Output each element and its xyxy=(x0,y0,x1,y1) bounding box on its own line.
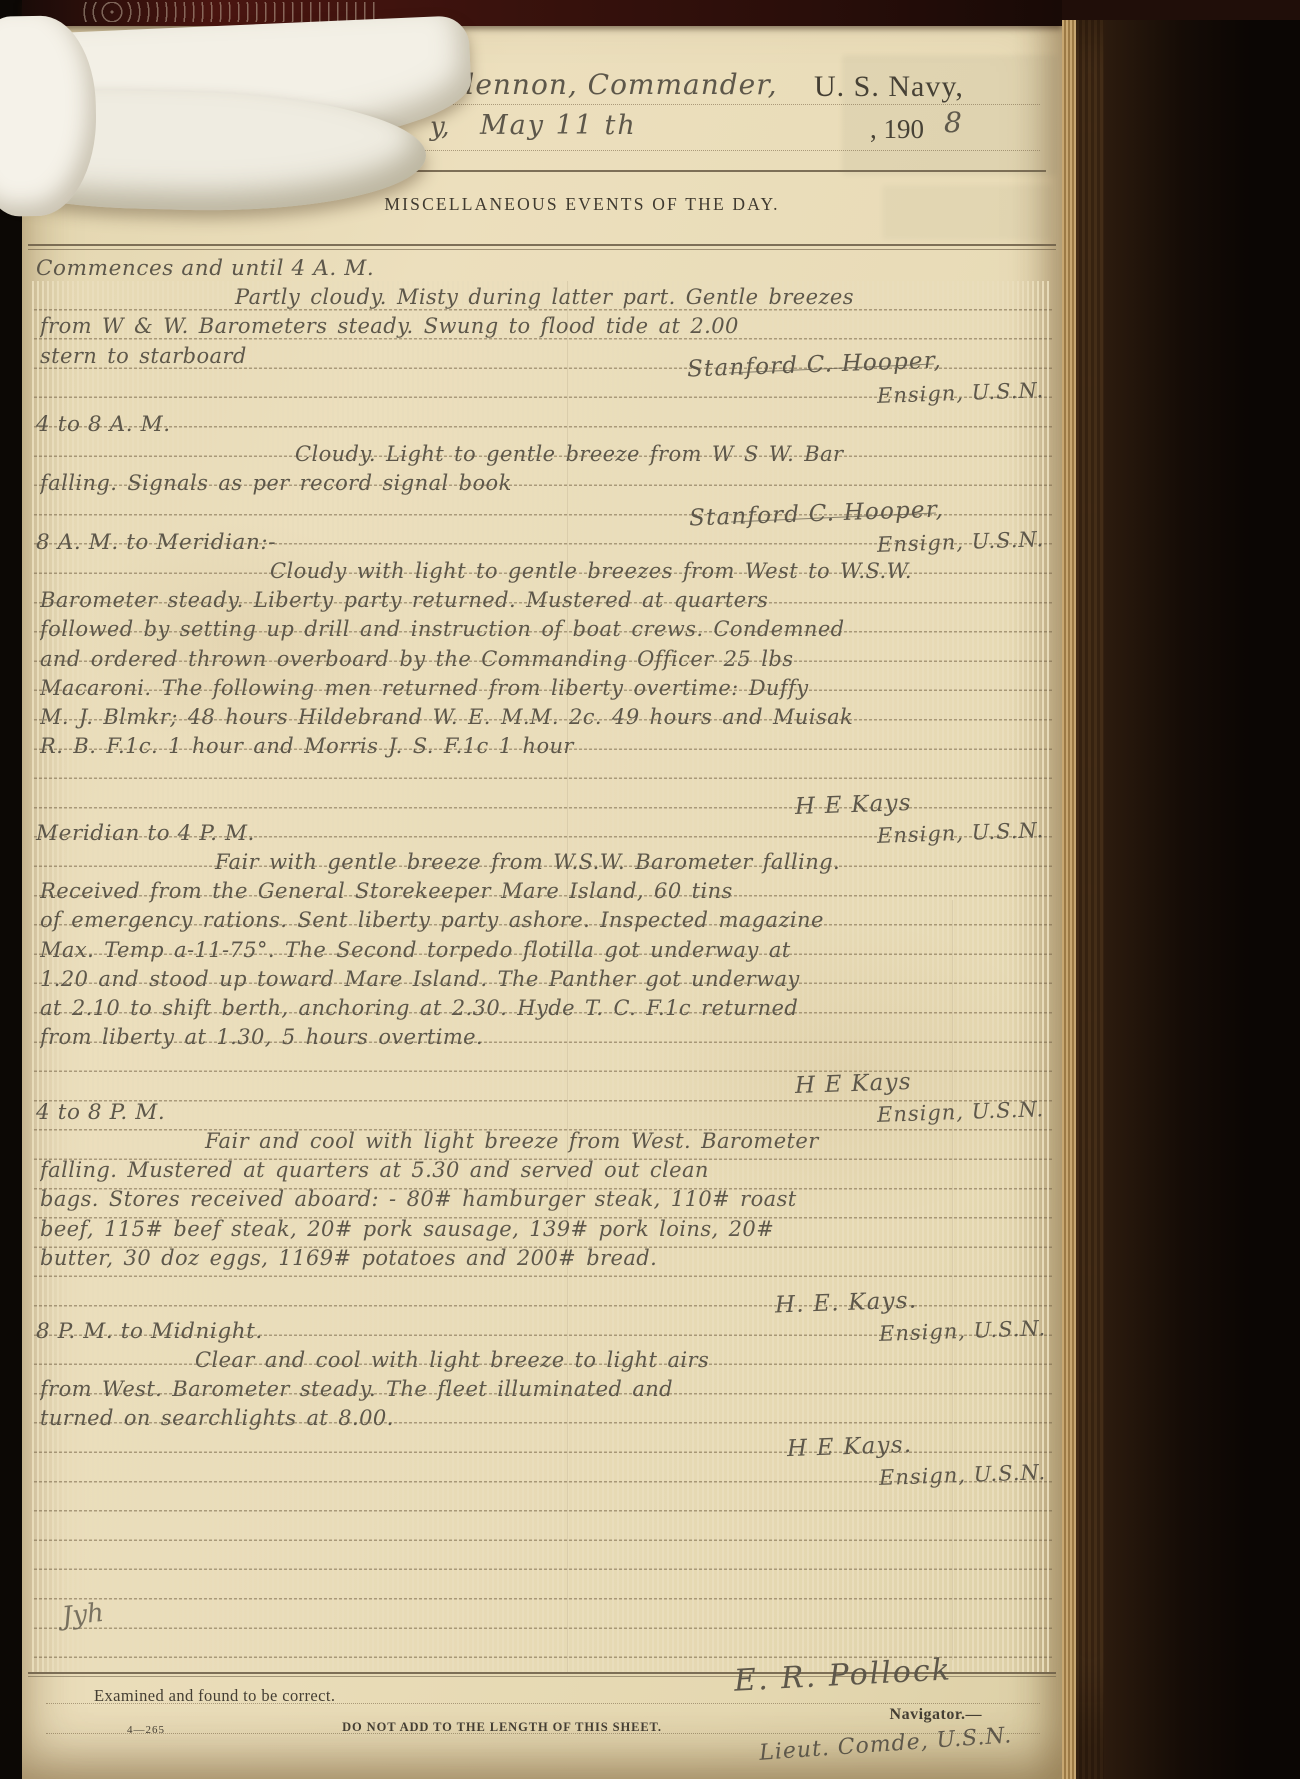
page-edge-highlight xyxy=(1062,0,1076,1779)
log-line: from liberty at 1.30, 5 hours overtime. xyxy=(40,1025,1034,1049)
bleedthrough-ghost-text xyxy=(882,185,1052,240)
log-line: Fair with gentle breeze from W.S.W. Baro… xyxy=(40,850,1034,874)
watch-entry-label: Commences and until 4 A. M. xyxy=(36,256,374,281)
signature-rank: Ensign, U.S.N. xyxy=(876,1097,1044,1127)
signature-rank: Ensign, U.S.N. xyxy=(876,818,1044,848)
header-date-handwritten: May 11 th xyxy=(480,110,637,141)
log-line: Barometer steady. Liberty party returned… xyxy=(40,588,1034,612)
form-number: 4—265 xyxy=(127,1724,165,1736)
log-line: M. J. Blmkr; 48 hours Hildebrand W. E. M… xyxy=(40,705,1034,729)
log-line: and ordered thrown overboard by the Comm… xyxy=(40,647,1034,671)
initials-scribble: Jyh xyxy=(61,1598,106,1632)
examined-note: Examined and found to be correct. xyxy=(94,1686,335,1706)
log-line: falling. Signals as per record signal bo… xyxy=(40,471,1034,495)
watch-entry-label: 4 to 8 A. M. xyxy=(36,412,171,437)
bleedthrough-ghost-text xyxy=(842,55,1057,175)
log-line: of emergency rations. Sent liberty party… xyxy=(40,908,1034,932)
signature-rank: Ensign, U.S.N. xyxy=(876,527,1044,557)
log-line: from West. Barometer steady. The fleet i… xyxy=(40,1377,1034,1401)
log-line: Partly cloudy. Misty during latter part.… xyxy=(40,285,1034,309)
signature-rank: Ensign, U.S.N. xyxy=(878,1460,1046,1490)
log-line: R. B. F.1c. 1 hour and Morris J. S. F.1c… xyxy=(40,734,1034,758)
log-line: turned on searchlights at 8.00. xyxy=(40,1406,1034,1430)
section-heading: MISCELLANEOUS EVENTS OF THE DAY. xyxy=(302,194,862,215)
log-line: falling. Mustered at quarters at 5.30 an… xyxy=(40,1158,1034,1182)
signature-name: H E Kays xyxy=(795,1069,913,1099)
log-line: bags. Stores received aboard: - 80# hamb… xyxy=(40,1187,1034,1211)
log-line: Max. Temp a-11-75°. The Second torpedo f… xyxy=(40,938,1034,962)
page-scan: Glennon, Commander, U. S. Navy, y, May 1… xyxy=(22,0,1062,1779)
log-line: Cloudy with light to gentle breezes from… xyxy=(40,559,1034,583)
footer-warning: DO NOT ADD TO THE LENGTH OF THIS SHEET. xyxy=(332,1720,672,1735)
cover-marble-texture xyxy=(82,2,382,22)
navigator-signature: E. R. Pollock xyxy=(733,1652,952,1698)
watch-entry-label: Meridian to 4 P. M. xyxy=(36,821,255,846)
watch-entry-label: 8 P. M. to Midnight. xyxy=(36,1319,263,1344)
horizontal-rule xyxy=(28,249,1056,250)
signature-name: H. E. Kays. xyxy=(774,1288,917,1319)
header-commander-handwritten: Glennon, Commander, xyxy=(442,68,777,101)
log-line: at 2.10 to shift berth, anchoring at 2.3… xyxy=(40,996,1034,1020)
signature-rank: Ensign, U.S.N. xyxy=(878,1316,1046,1346)
logbook-scan: Glennon, Commander, U. S. Navy, y, May 1… xyxy=(0,0,1300,1779)
log-line: followed by setting up drill and instruc… xyxy=(40,617,1034,641)
log-line: Macaroni. The following men returned fro… xyxy=(40,676,1034,700)
signature-rank: Ensign, U.S.N. xyxy=(876,378,1044,408)
log-line: Fair and cool with light breeze from Wes… xyxy=(40,1129,1034,1153)
log-line: butter, 30 doz eggs, 1169# potatoes and … xyxy=(40,1246,1034,1270)
log-line: 1.20 and stood up toward Mare Island. Th… xyxy=(40,967,1034,991)
log-line: Received from the General Storekeeper Ma… xyxy=(40,879,1034,903)
log-line: beef, 115# beef steak, 20# pork sausage,… xyxy=(40,1217,1034,1241)
watch-entry-label: 8 A. M. to Meridian:- xyxy=(36,530,276,555)
watch-entry-label: 4 to 8 P. M. xyxy=(36,1100,165,1125)
signature-name: H E Kays xyxy=(795,790,913,820)
horizontal-rule xyxy=(28,244,1056,246)
log-line: from W & W. Barometers steady. Swung to … xyxy=(40,314,1034,338)
page-edge-stack xyxy=(1076,0,1104,1779)
book-cover-corner xyxy=(1062,0,1300,20)
navigator-label: Navigator.— xyxy=(890,1706,982,1724)
header-date-prefix: y, xyxy=(430,112,450,142)
spine-shadow xyxy=(1104,0,1300,1779)
log-line: Cloudy. Light to gentle breeze from W S … xyxy=(40,442,1034,466)
log-line: Clear and cool with light breeze to ligh… xyxy=(40,1348,1034,1372)
navigator-rank: Lieut. Comde, U.S.N. xyxy=(758,1723,1012,1766)
signature-name: H E Kays. xyxy=(786,1432,912,1462)
